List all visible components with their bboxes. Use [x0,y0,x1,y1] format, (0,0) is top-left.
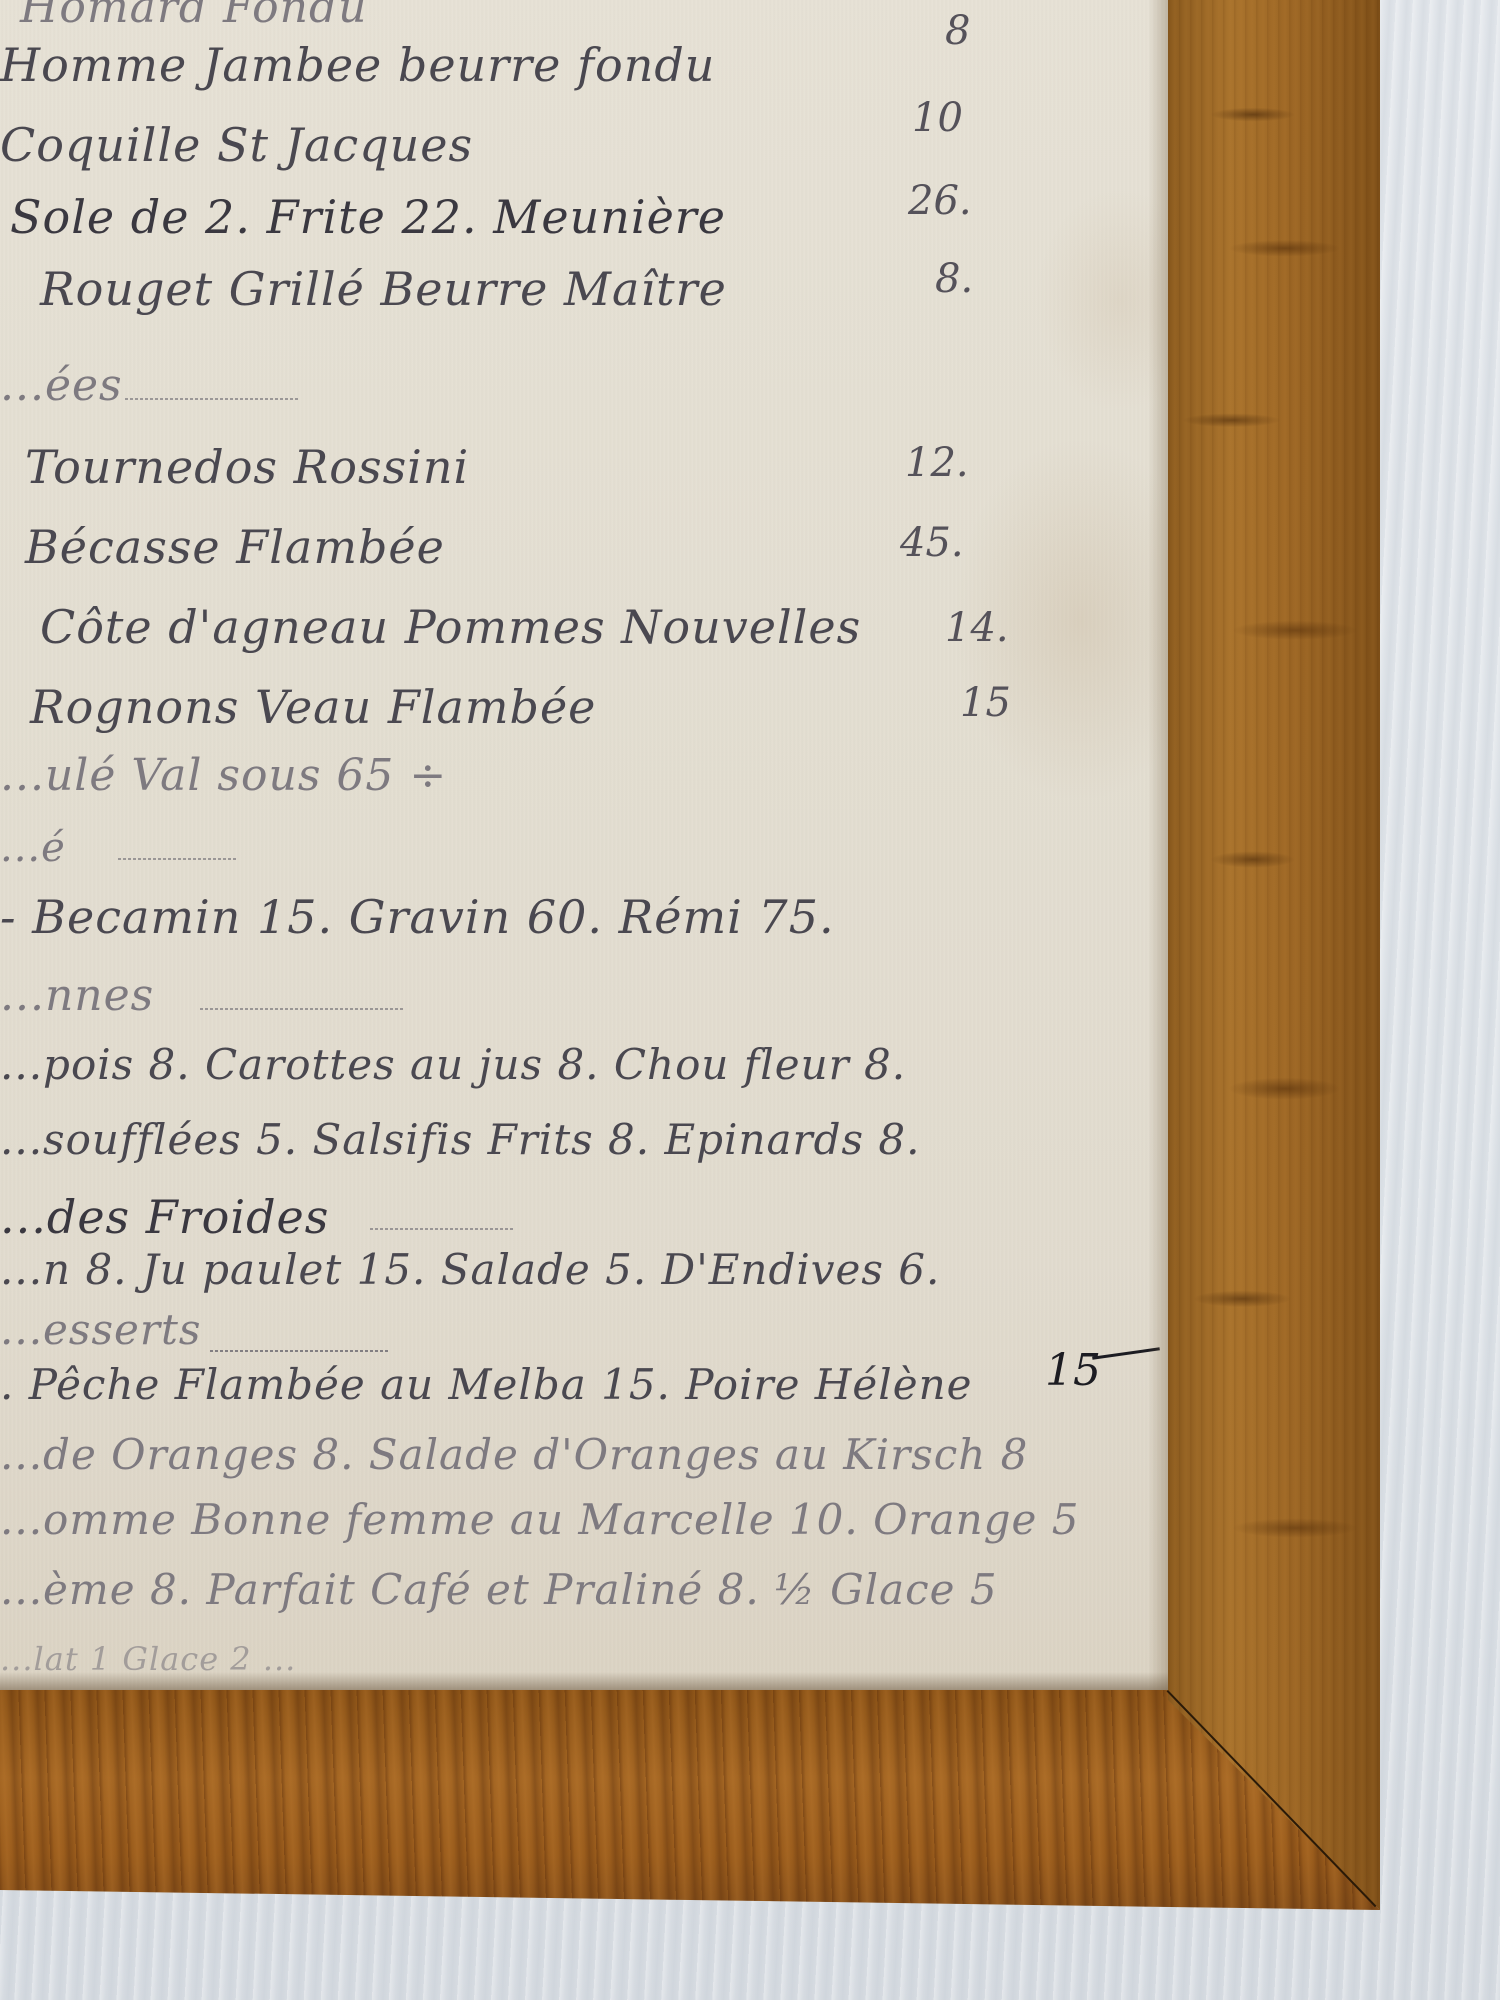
menu-line-homard: Homard Fondu [20,0,367,33]
menu-line-legumes-1: ...pois 8. Carottes au jus 8. Chou fleur… [0,1040,906,1089]
price-rouget: 8. [935,256,973,302]
section-rule-froids [370,1228,515,1230]
menu-line-coquille: Coquille St Jacques [0,118,473,172]
menu-line-desserts-1: . Pêche Flambée au Melba 15. Poire Hélèn… [0,1360,973,1409]
menu-line-rognons: Rognons Veau Flambée [30,680,596,734]
menu-line-rouget: Rouget Grillé Beurre Maître [40,262,727,316]
price-cote-agneau: 14. [945,605,1009,651]
section-rule-cheese [118,858,238,860]
paper-edge-shadow-bottom [0,1672,1168,1690]
section-header-entrees: ...ées [0,360,123,411]
menu-paper: Homard Fondu Homme Jambee beurre fondu 8… [0,0,1168,1690]
menu-line-special: ...ulé Val sous 65 ÷ [0,750,447,801]
price-becasse: 45. [900,520,964,566]
menu-line-tournedos: Tournedos Rossini [25,440,469,494]
section-header-desserts: ...esserts [0,1305,201,1354]
wood-frame-right [1168,0,1380,1910]
price-coquille: 10 [912,95,963,141]
section-header-cheese: ...é [0,825,66,871]
section-rule-entrees [125,398,300,400]
section-header-froids: ...des Froides [0,1190,329,1244]
menu-line-legumes-2: ...soufflées 5. Salsifis Frits 8. Epinar… [0,1115,920,1164]
strikethrough-flambee [210,1350,390,1352]
menu-line-desserts-4: ...ème 8. Parfait Café et Praliné 8. ½ G… [0,1565,998,1614]
menu-line-desserts-2: ...de Oranges 8. Salade d'Oranges au Kir… [0,1430,1028,1479]
price-fish-1: 8 [945,8,970,54]
menu-line-desserts-3: ...omme Bonne femme au Marcelle 10. Oran… [0,1495,1079,1544]
menu-line-froids: ...n 8. Ju paulet 15. Salade 5. D'Endive… [0,1245,940,1294]
wood-frame-bottom [0,1690,1380,1910]
menu-line-becasse: Bécasse Flambée [25,520,445,574]
price-tournedos: 12. [905,440,969,486]
menu-line-fish-1: Homme Jambee beurre fondu [0,38,715,92]
photo-scene: Homard Fondu Homme Jambee beurre fondu 8… [0,0,1500,2000]
paper-edge-shadow-right [1148,0,1168,1690]
menu-line-cote-agneau: Côte d'agneau Pommes Nouvelles [40,600,861,654]
menu-line-cheese: - Becamin 15. Gravin 60. Rémi 75. [0,890,835,944]
price-sole: 26. [908,178,972,224]
menu-line-sole: Sole de 2. Frite 22. Meunière [10,190,726,244]
ink-price-desserts: 15 [1045,1345,1101,1396]
price-rognons: 15 [960,680,1011,726]
section-header-legumes: ...nnes [0,970,154,1021]
section-rule-legumes [200,1008,405,1010]
